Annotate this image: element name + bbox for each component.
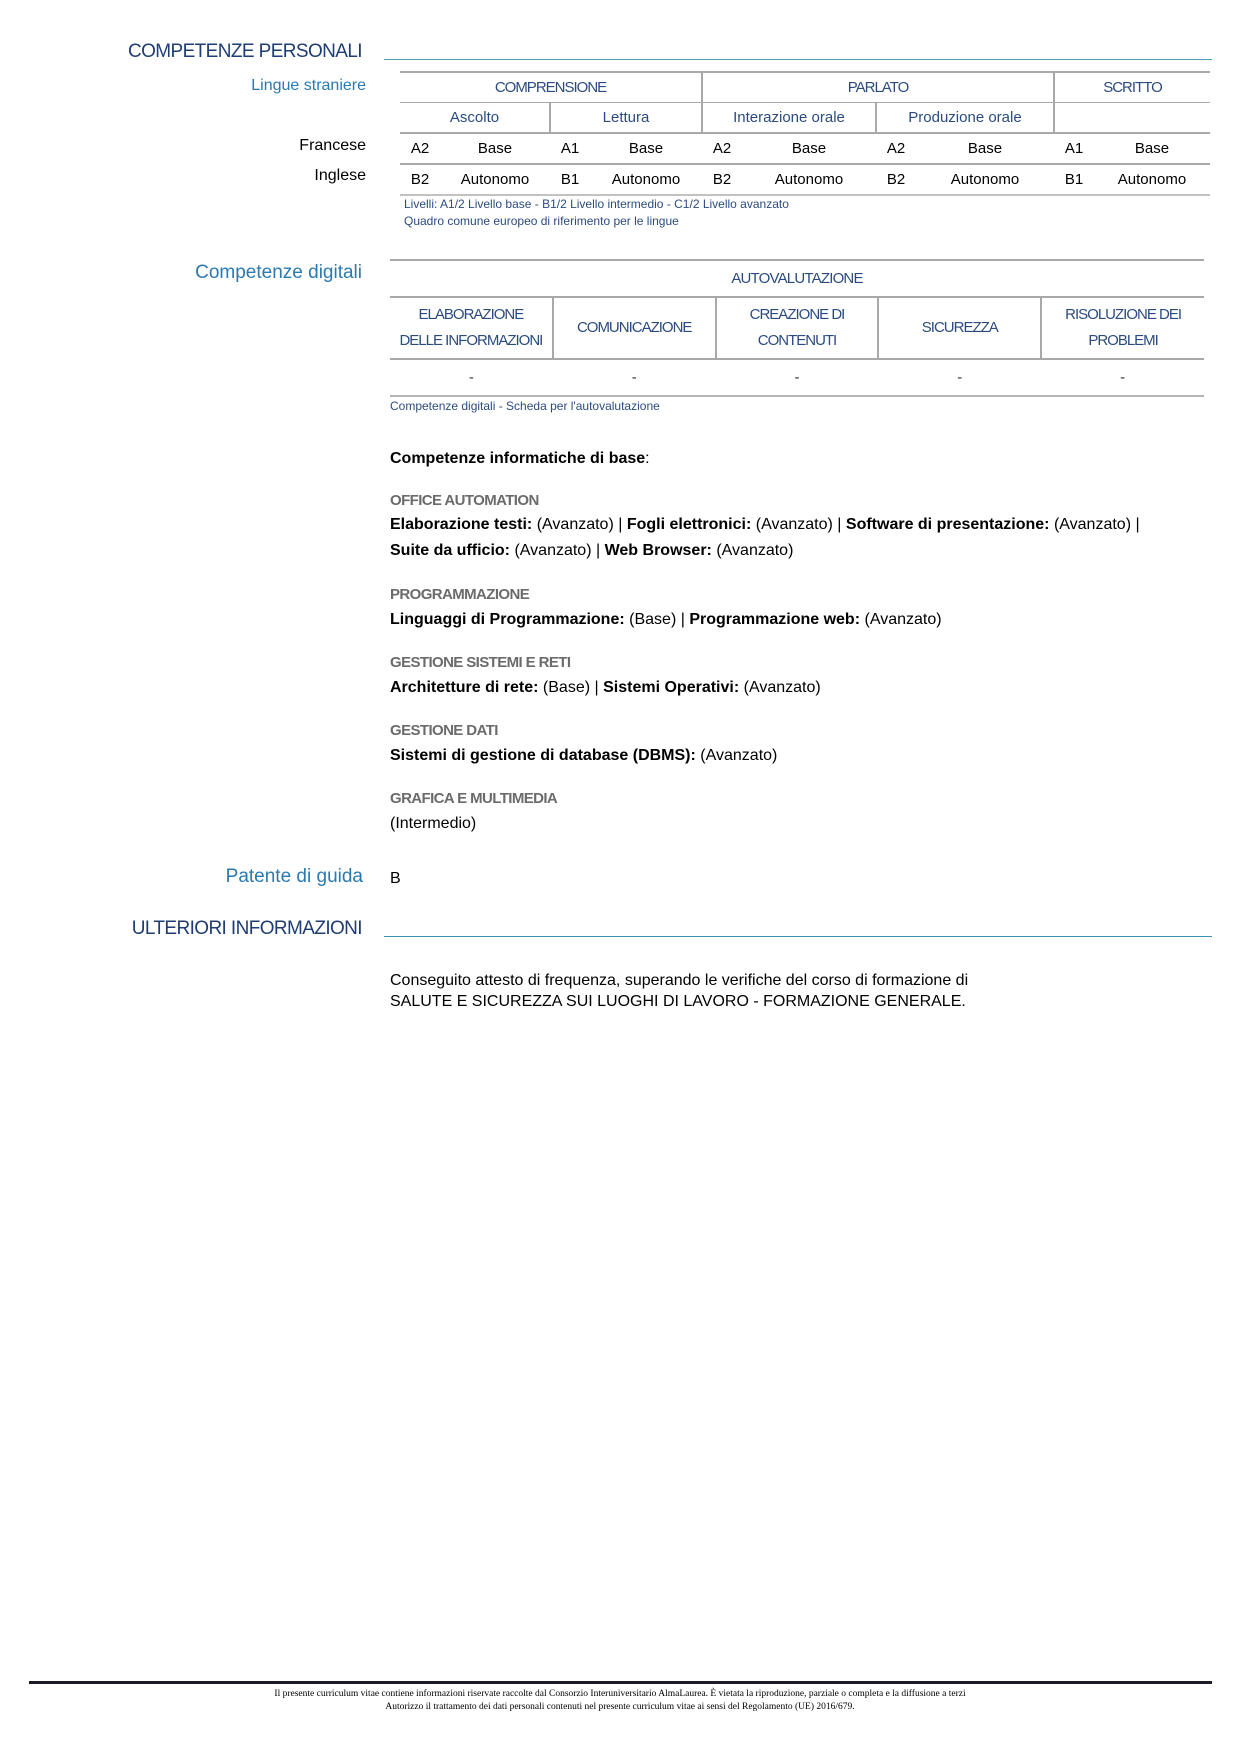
header-autovalutazione: AUTOVALUTAZIONE (390, 260, 1204, 297)
section-title-further-info: ULTERIORI INFORMAZIONI (60, 918, 362, 940)
digital-skills-note: Competenze digitali - Scheda per l'autov… (390, 399, 660, 413)
category-office-automation: OFFICE AUTOMATION (390, 492, 539, 509)
subheader-scritto-empty (1054, 103, 1210, 134)
data-management-skills: Sistemi di gestione di database (DBMS): … (390, 743, 777, 769)
cell: Autonomo (742, 164, 876, 195)
language-name-english: Inglese (110, 167, 366, 185)
programming-skills: Linguaggi di Programmazione: (Base) | Pr… (390, 607, 942, 633)
language-levels-note: Livelli: A1/2 Livello base - B1/2 Livell… (404, 197, 789, 211)
cell: Autonomo (590, 164, 702, 195)
subheader-ascolto: Ascolto (400, 103, 550, 134)
category-gestione-sistemi-reti: GESTIONE SISTEMI E RETI (390, 654, 570, 671)
column-sicurezza: SICUREZZA (878, 297, 1041, 359)
column-elaborazione: ELABORAZIONEDELLE INFORMAZIONI (390, 297, 553, 359)
systems-networks-skills: Architetture di rete: (Base) | Sistemi O… (390, 675, 821, 701)
cell: A2 (400, 133, 440, 164)
cell: B1 (1054, 164, 1094, 195)
cell: Base (440, 133, 550, 164)
footer-divider (29, 1681, 1212, 1684)
header-parlato: PARLATO (702, 72, 1054, 103)
cell: A2 (702, 133, 742, 164)
digital-skills-table: AUTOVALUTAZIONE ELABORAZIONEDELLE INFORM… (390, 259, 1204, 397)
further-info-text: Conseguito attesto di frequenza, superan… (390, 970, 968, 1012)
digital-skills-label: Competenze digitali (112, 262, 362, 284)
cell: Autonomo (916, 164, 1054, 195)
languages-label: Lingue straniere (116, 77, 366, 95)
header-scritto: SCRITTO (1054, 72, 1210, 103)
subheader-lettura: Lettura (550, 103, 702, 134)
cell: B1 (550, 164, 590, 195)
cell: B2 (400, 164, 440, 195)
cell: - (878, 359, 1041, 396)
cell: Autonomo (1094, 164, 1210, 195)
cell: B2 (876, 164, 916, 195)
cell: Base (590, 133, 702, 164)
language-table: COMPRENSIONE PARLATO SCRITTO Ascolto Let… (400, 71, 1210, 196)
section-divider (384, 936, 1212, 937)
section-title-personal-skills: COMPETENZE PERSONALI (60, 41, 362, 63)
cell: Base (916, 133, 1054, 164)
language-name-french: Francese (110, 137, 366, 155)
it-skills-title: Competenze informatiche di base: (390, 446, 650, 472)
cell: - (390, 359, 553, 396)
category-gestione-dati: GESTIONE DATI (390, 722, 498, 739)
subheader-produzione-orale: Produzione orale (876, 103, 1054, 134)
cell: A1 (1054, 133, 1094, 164)
cell: - (716, 359, 879, 396)
column-comunicazione: COMUNICAZIONE (553, 297, 716, 359)
driving-license-label: Patente di guida (113, 866, 363, 888)
footer-disclaimer: Il presente curriculum vitae contiene in… (0, 1688, 1240, 1714)
cell: Autonomo (440, 164, 550, 195)
driving-license-value: B (390, 866, 401, 892)
column-risoluzione: RISOLUZIONE DEIPROBLEMI (1041, 297, 1204, 359)
cefr-note: Quadro comune europeo di riferimento per… (404, 214, 679, 228)
cell: Base (742, 133, 876, 164)
column-creazione: CREAZIONE DICONTENUTI (716, 297, 879, 359)
cell: A2 (876, 133, 916, 164)
cell: - (1041, 359, 1204, 396)
header-comprensione: COMPRENSIONE (400, 72, 702, 103)
section-divider (384, 59, 1212, 60)
office-automation-skills: Elaborazione testi: (Avanzato) | Fogli e… (390, 512, 1190, 564)
subheader-interazione-orale: Interazione orale (702, 103, 876, 134)
category-grafica-multimedia: GRAFICA E MULTIMEDIA (390, 790, 557, 807)
graphics-multimedia-skills: (Intermedio) (390, 811, 476, 837)
table-row: A2 Base A1 Base A2 Base A2 Base A1 Base (400, 133, 1210, 164)
cell: - (553, 359, 716, 396)
cell: A1 (550, 133, 590, 164)
cell: B2 (702, 164, 742, 195)
category-programmazione: PROGRAMMAZIONE (390, 586, 529, 603)
cell: Base (1094, 133, 1210, 164)
table-row: B2 Autonomo B1 Autonomo B2 Autonomo B2 A… (400, 164, 1210, 195)
